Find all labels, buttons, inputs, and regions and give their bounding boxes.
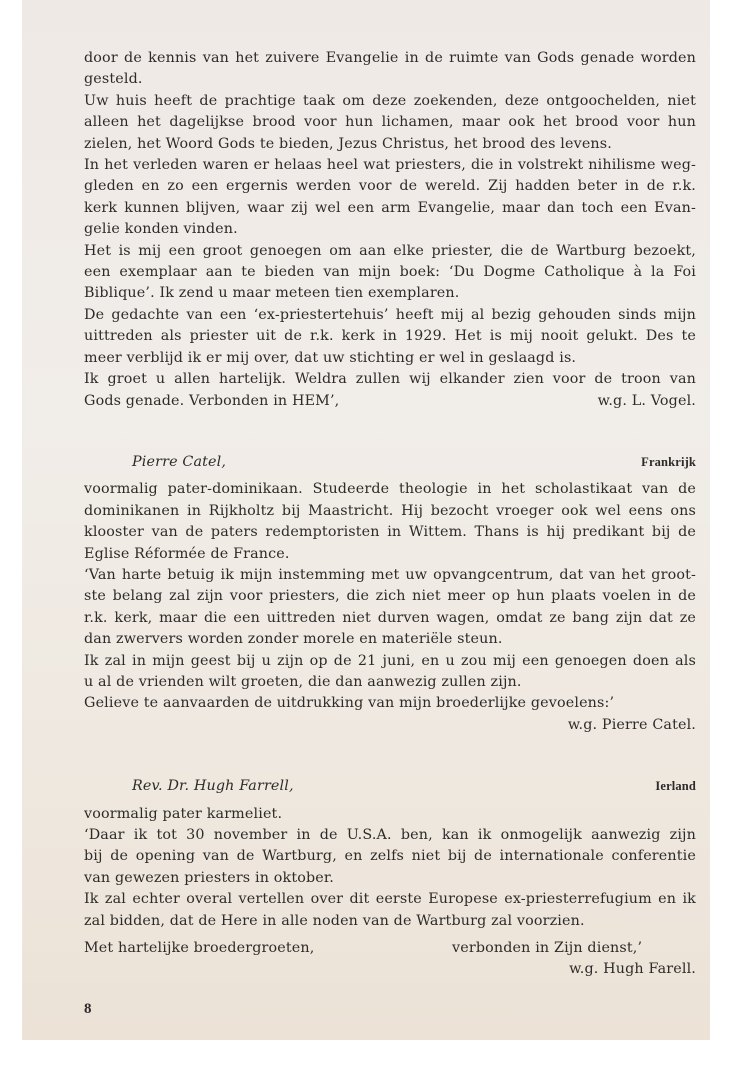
text-line: Ik groet u allen hartelijk. Weldra zulle… [84,369,696,390]
author-name: Pierre Catel, [132,452,226,473]
letter-vogel: door de kennis van het zuivere Evangelie… [84,48,696,412]
text-line: klooster van de paters redemptoristen in… [84,522,696,543]
letter-heading: Rev. Dr. Hugh Farrell, Ierland [84,776,696,797]
text-line: uittreden als priester uit de r.k. kerk … [84,326,696,347]
greeting-closing: verbonden in Zijn dienst,’ [452,938,642,959]
text-line: ‘Daar ik tot 30 november in de U.S.A. be… [84,825,696,846]
greeting-line: Met hartelijke broedergroeten, verbonden… [84,938,696,959]
book-page: door de kennis van het zuivere Evangelie… [22,0,710,1040]
letter-catel: Pierre Catel, Frankrijk voormalig pater-… [84,452,696,736]
text-line: ste belang zal zijn voor priesters, die … [84,586,696,607]
greeting-text: Met hartelijke broedergroeten, [84,938,452,959]
text-line: Eglise Réformée de France. [84,544,696,565]
author-country: Frankrijk [641,452,696,473]
text-line: Ik zal echter overal vertellen over dit … [84,889,696,910]
text-line: gleden en zo een ergernis werden voor de… [84,176,696,197]
text-line: een exemplaar aan te bieden van mijn boe… [84,262,696,283]
text-line: Uw huis heeft de prachtige taak om deze … [84,91,696,112]
author-country: Ierland [655,776,696,797]
text-line: kerk kunnen blijven, waar zij wel een ar… [84,198,696,219]
text-line: In het verleden waren er helaas heel wat… [84,155,696,176]
text-line: zielen, het Woord Gods te bieden, Jezus … [84,134,696,155]
text-line: u al de vrienden wilt groeten, die dan a… [84,672,696,693]
signature: w.g. L. Vogel. [598,391,696,412]
text-line: zal bidden, dat de Here in alle noden va… [84,911,696,932]
letter-heading: Pierre Catel, Frankrijk [84,452,696,473]
text-line: De gedachte van een ‘ex-priestertehuis’ … [84,305,696,326]
signature: w.g. Hugh Farell. [84,959,696,980]
text-line: dan zwervers worden zonder morele en mat… [84,629,696,650]
text-line: door de kennis van het zuivere Evangelie… [84,48,696,69]
text-line: Biblique’. Ik zend u maar meteen tien ex… [84,283,696,304]
text-line: ‘Van harte betuig ik mijn instemming met… [84,565,696,586]
signature: w.g. Pierre Catel. [84,715,696,736]
text-line: Het is mij een groot genoegen om aan elk… [84,241,696,262]
text-line: bij de opening van de Wartburg, en zelfs… [84,846,696,867]
text-line: van gewezen priesters in oktober. [84,868,696,889]
text-line: Gelieve te aanvaarden de uitdrukking van… [84,693,696,714]
text-line: alleen het dagelijkse brood voor hun lic… [84,112,696,133]
text-line: r.k. kerk, maar die een uittreden niet d… [84,608,696,629]
text-line: gesteld. [84,69,696,90]
text-line: voormalig pater karmeliet. [84,804,696,825]
author-name: Rev. Dr. Hugh Farrell, [132,776,294,797]
text-line: gelie konden vinden. [84,219,696,240]
closing-text: Gods genade. Verbonden in HEM’, [84,391,339,412]
closing-line: Gods genade. Verbonden in HEM’, w.g. L. … [84,391,696,412]
text-line: voormalig pater-dominikaan. Studeerde th… [84,479,696,500]
text-line: meer verblijd ik er mij over, dat uw sti… [84,348,696,369]
page-content: door de kennis van het zuivere Evangelie… [84,48,696,1020]
letter-farrell: Rev. Dr. Hugh Farrell, Ierland voormalig… [84,776,696,981]
text-line: Ik zal in mijn geest bij u zijn op de 21… [84,651,696,672]
text-line: dominikanen in Rijkholtz bij Maastricht.… [84,501,696,522]
page-number: 8 [84,999,696,1020]
